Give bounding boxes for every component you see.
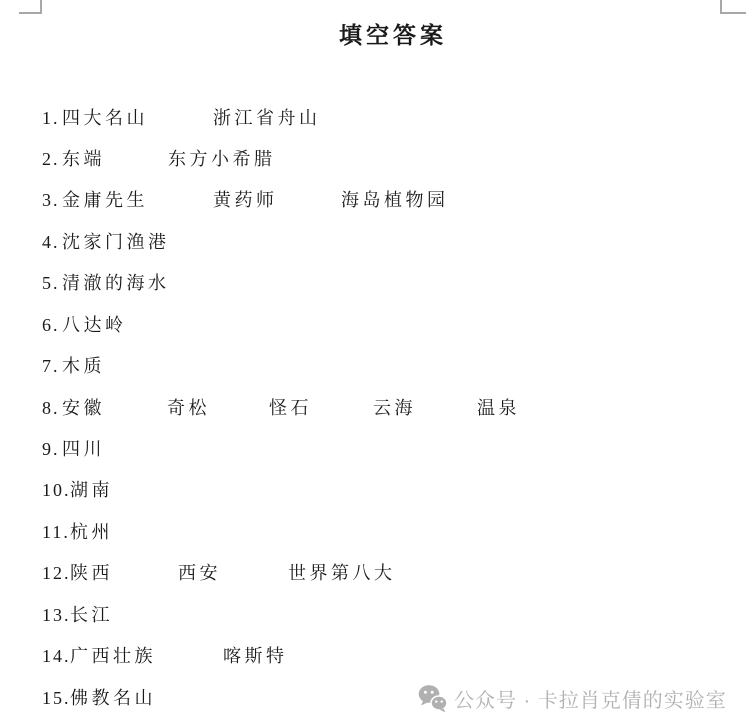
- answer-number: 15.: [42, 686, 71, 710]
- answer-segment: 海岛植物园: [341, 188, 449, 212]
- answer-segment: 四大名山: [62, 106, 148, 130]
- answer-segment: 奇松: [167, 396, 210, 420]
- answer-row: 8.安徽奇松怪石云海温泉: [0, 396, 747, 420]
- answer-row: 3.金庸先生黄药师海岛植物园: [0, 188, 747, 212]
- answer-segment: 八达岭: [62, 313, 127, 337]
- answer-number: 14.: [42, 644, 71, 668]
- answer-number: 2.: [42, 147, 60, 171]
- answer-number: 13.: [42, 603, 71, 627]
- answer-row: 7.木质: [0, 354, 747, 378]
- answer-segment: 温泉: [477, 396, 520, 420]
- answer-row: 2.东端东方小希腊: [0, 147, 747, 171]
- wechat-icon: [418, 684, 447, 713]
- answer-segment: 西安: [178, 561, 221, 585]
- answer-row: 6.八达岭: [0, 313, 747, 337]
- answer-segment: 安徽: [62, 396, 105, 420]
- answer-segment: 喀斯特: [223, 644, 288, 668]
- watermark-text: 公众号 · 卡拉肖克倩的实验室: [454, 684, 727, 713]
- answer-segment: 陕西: [70, 561, 113, 585]
- answer-row: 9.四川: [0, 437, 747, 461]
- answer-segment: 东方小希腊: [168, 147, 276, 171]
- answer-row: 14.广西壮族喀斯特: [0, 644, 747, 668]
- watermark: 公众号 · 卡拉肖克倩的实验室: [418, 683, 727, 713]
- answer-segment: 云海: [373, 396, 416, 420]
- answer-row: 13.长江: [0, 603, 747, 627]
- answer-list: 1.四大名山浙江省舟山2.东端东方小希腊3.金庸先生黄药师海岛植物园4.沈家门渔…: [0, 0, 747, 725]
- answer-number: 8.: [42, 396, 60, 420]
- answer-segment: 东端: [62, 147, 105, 171]
- answer-number: 7.: [42, 354, 60, 378]
- answer-segment: 佛教名山: [70, 686, 156, 710]
- answer-segment: 木质: [62, 354, 105, 378]
- answer-number: 3.: [42, 188, 60, 212]
- answer-row: 5.清澈的海水: [0, 271, 747, 295]
- answer-segment: 杭州: [70, 520, 113, 544]
- answer-segment: 四川: [62, 437, 105, 461]
- answer-number: 10.: [42, 478, 71, 502]
- answer-segment: 黄药师: [213, 188, 278, 212]
- answer-segment: 怪石: [269, 396, 312, 420]
- answer-segment: 沈家门渔港: [62, 230, 170, 254]
- answer-number: 12.: [42, 561, 71, 585]
- answer-segment: 金庸先生: [62, 188, 148, 212]
- answer-segment: 浙江省舟山: [213, 106, 321, 130]
- answer-row: 1.四大名山浙江省舟山: [0, 106, 747, 130]
- answer-number: 9.: [42, 437, 60, 461]
- answer-number: 5.: [42, 271, 60, 295]
- answer-segment: 世界第八大: [288, 561, 396, 585]
- answer-row: 12.陕西西安世界第八大: [0, 561, 747, 585]
- answer-number: 1.: [42, 106, 60, 130]
- answer-segment: 清澈的海水: [62, 271, 170, 295]
- document-page: 填空答案 1.四大名山浙江省舟山2.东端东方小希腊3.金庸先生黄药师海岛植物园4…: [0, 0, 747, 725]
- answer-segment: 长江: [70, 603, 113, 627]
- answer-number: 11.: [42, 520, 70, 544]
- answer-segment: 湖南: [70, 478, 113, 502]
- answer-number: 4.: [42, 230, 60, 254]
- answer-segment: 广西壮族: [70, 644, 156, 668]
- answer-row: 11.杭州: [0, 520, 747, 544]
- answer-row: 10.湖南: [0, 478, 747, 502]
- answer-number: 6.: [42, 313, 60, 337]
- answer-row: 4.沈家门渔港: [0, 230, 747, 254]
